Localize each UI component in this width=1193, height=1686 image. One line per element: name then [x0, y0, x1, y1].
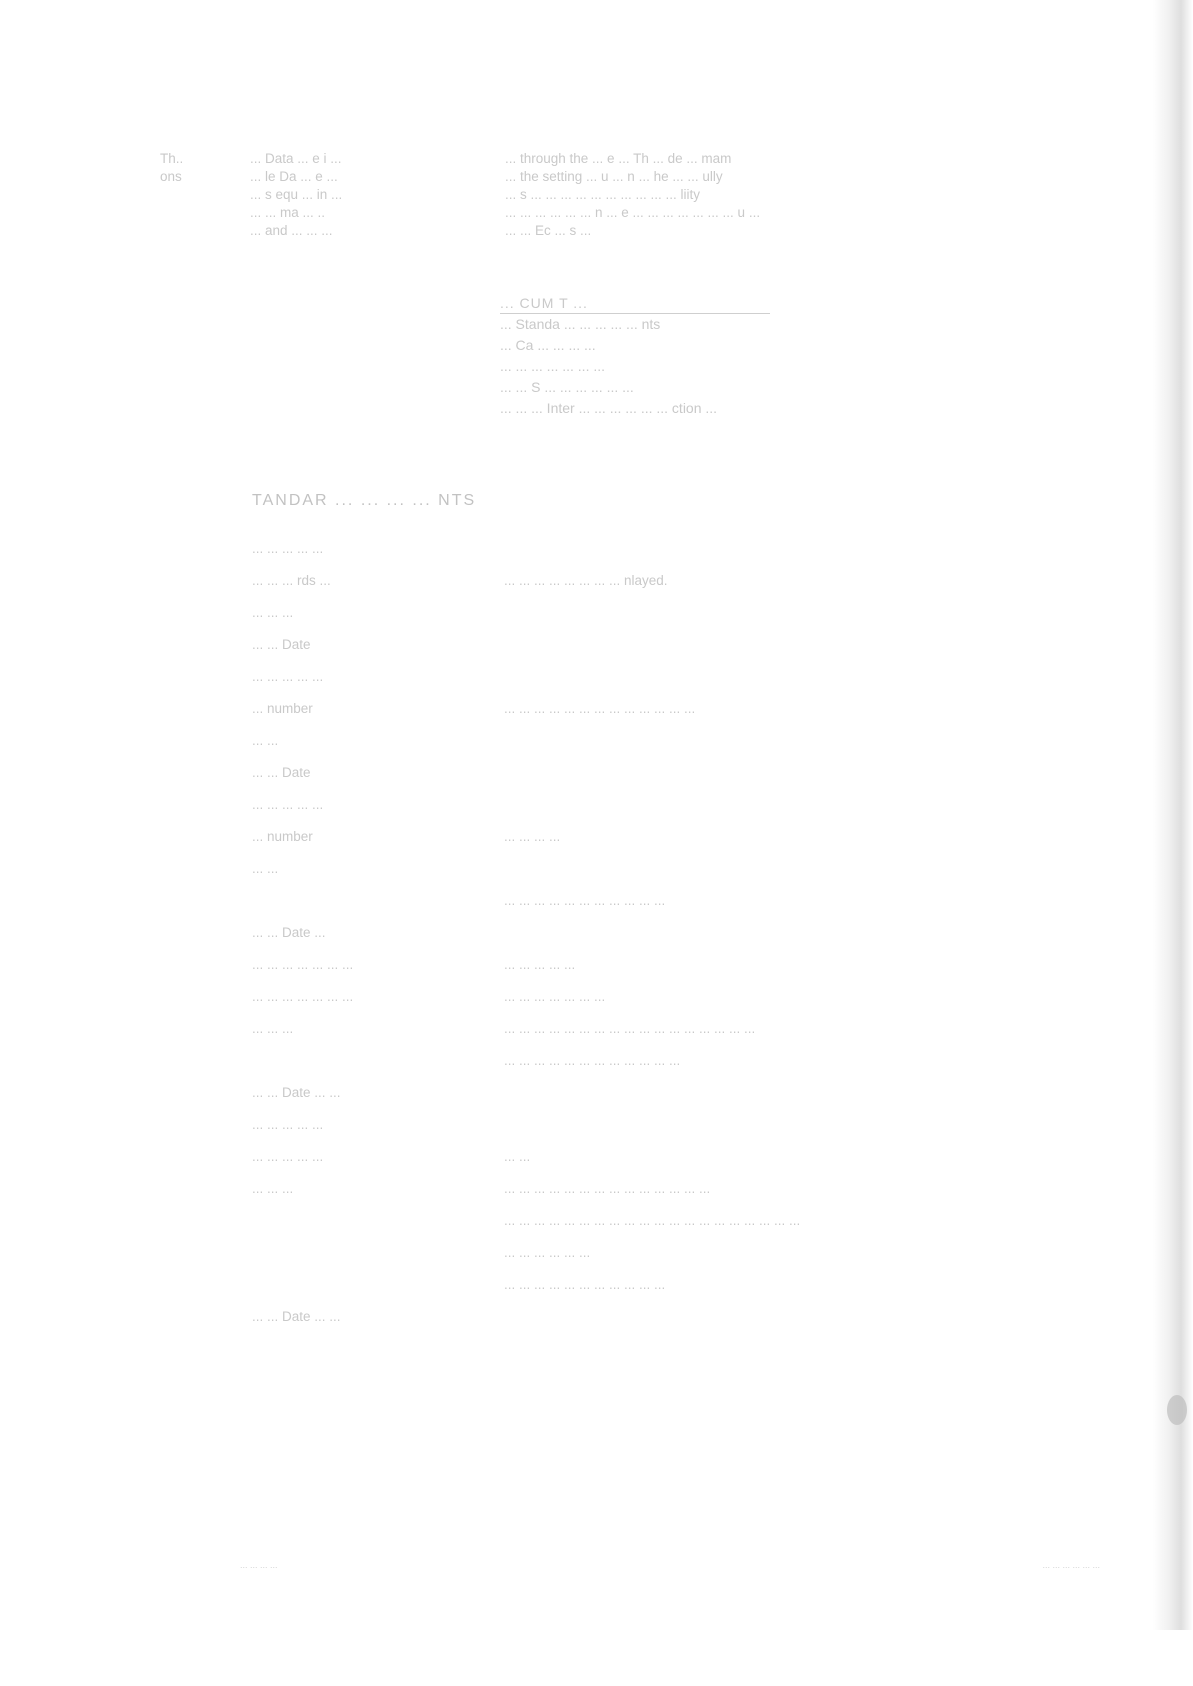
entry-row: ... ... ... ... ... ... ... ... ... ... … — [252, 1212, 1112, 1230]
entry-label: ... ... Date ... ... — [252, 1084, 504, 1102]
entry-label: ... ... ... ... ... — [252, 668, 504, 686]
entry-row: ... ... ... ... ... — [252, 796, 1112, 814]
toc-item: ... ... ... Inter ... ... ... ... ... ..… — [500, 398, 1100, 419]
entry-label — [252, 1052, 504, 1070]
footer-right: ... ... ... ... ... ... — [1042, 1560, 1100, 1570]
entry-text: ... ... ... ... ... ... ... ... ... ... … — [504, 1052, 1112, 1070]
entry-label: ... ... Date — [252, 764, 504, 782]
entry-text: ... ... ... ... ... ... — [504, 1244, 1112, 1262]
entry-text — [504, 1308, 1112, 1326]
entry-text: ... ... ... ... ... ... ... ... nlayed. — [504, 572, 1112, 590]
entry-row: ... ... ... ... ... ... ... ... ... ... … — [252, 892, 1112, 910]
entry-row: ... ... Date ... ... — [252, 1308, 1112, 1326]
entry-label: ... ... — [252, 860, 504, 878]
toc-item: ... ... ... ... ... ... ... — [500, 356, 1100, 377]
entry-label: ... ... ... ... ... — [252, 796, 504, 814]
entry-label: ... ... ... ... ... — [252, 1116, 504, 1134]
entry-text — [504, 604, 1112, 622]
entry-text: ... ... ... ... ... ... ... ... ... ... … — [504, 892, 1112, 910]
entry-row: ... ... Date ... — [252, 924, 1112, 942]
entry-text: ... ... ... ... ... ... ... ... ... ... … — [504, 1020, 1112, 1038]
entry-label: ... ... ... ... ... — [252, 1148, 504, 1166]
entry-row: ... ... ... — [252, 604, 1112, 622]
entry-label: ... ... — [252, 732, 504, 750]
entry-row: ... ... ... ... ... ... ... ... ... ... … — [252, 1276, 1112, 1294]
entry-row: ... ... — [252, 860, 1112, 878]
page-footer: ... ... ... ... ... ... ... ... ... ... — [240, 1560, 1100, 1570]
entry-text: ... ... ... ... ... ... ... ... ... ... … — [504, 1276, 1112, 1294]
entry-text: ... ... ... ... ... ... ... ... ... ... … — [504, 1212, 1112, 1230]
entry-label: ... ... ... rds ... — [252, 572, 504, 590]
intro-paragraph: Th..... Data ... e i ...... through the … — [160, 150, 1120, 240]
entry-label: ... ... Date — [252, 636, 504, 654]
entry-text — [504, 1084, 1112, 1102]
entry-text: ... ... — [504, 1148, 1112, 1166]
entry-text — [504, 668, 1112, 686]
entry-text — [504, 636, 1112, 654]
toc-heading: ... CUM T ... — [500, 295, 770, 314]
table-of-contents: ... CUM T ... ... Standa ... ... ... ...… — [500, 295, 1100, 419]
entry-text — [504, 764, 1112, 782]
entry-label: ... ... ... — [252, 1020, 504, 1038]
entry-row: ... ... — [252, 732, 1112, 750]
entry-label: ... ... ... ... ... ... ... — [252, 956, 504, 974]
entry-row: ... ... Date — [252, 636, 1112, 654]
entry-label — [252, 1276, 504, 1294]
entry-row: ... ... ... ... ... ... ... ... ... ... … — [252, 1052, 1112, 1070]
entry-row: ... ... ... ... ... — [252, 540, 1112, 558]
entry-row: ... ... ... rds ...... ... ... ... ... .… — [252, 572, 1112, 590]
section-heading: TANDAR ... ... ... ... NTS — [252, 492, 476, 510]
entry-text — [504, 540, 1112, 558]
entry-text: ... ... ... ... — [504, 828, 1112, 846]
standards-entries: ... ... ... ... ...... ... ... rds .....… — [252, 540, 1112, 1340]
entry-row: ... ... ... ... ... ... ...... ... ... .… — [252, 956, 1112, 974]
entry-text: ... ... ... ... ... ... ... ... ... ... … — [504, 700, 1112, 718]
entry-label: ... ... ... ... ... — [252, 540, 504, 558]
entry-text — [504, 924, 1112, 942]
entry-row: ... ... ...... ... ... ... ... ... ... .… — [252, 1020, 1112, 1038]
scan-edge-shadow — [1153, 0, 1193, 1630]
footer-left: ... ... ... ... — [240, 1560, 278, 1570]
entry-text: ... ... ... ... ... ... ... ... ... ... … — [504, 1180, 1112, 1198]
intro-row: ... ... ma ... ..... ... ... ... ... ...… — [160, 204, 1120, 222]
entry-label — [252, 1244, 504, 1262]
entry-row: ... ... Date — [252, 764, 1112, 782]
intro-row: ... s equ ... in ...... s ... ... ... ..… — [160, 186, 1120, 204]
entry-label: ... ... ... ... ... ... ... — [252, 988, 504, 1006]
entry-row: ... ... ... ... ...... ... — [252, 1148, 1112, 1166]
entry-row: ... ... ... ... ... ... — [252, 1244, 1112, 1262]
entry-text — [504, 860, 1112, 878]
entry-row: ... ... ... ... ... — [252, 1116, 1112, 1134]
entry-label: ... number — [252, 700, 504, 718]
entry-row: ... ... ... ... ... — [252, 668, 1112, 686]
toc-item: ... Ca ... ... ... ... — [500, 335, 1100, 356]
entry-label: ... ... ... — [252, 604, 504, 622]
entry-text: ... ... ... ... ... — [504, 956, 1112, 974]
toc-item: ... ... S ... ... ... ... ... ... — [500, 377, 1100, 398]
toc-item: ... Standa ... ... ... ... ... nts — [500, 314, 1100, 335]
entry-row: ... number... ... ... ... ... ... ... ..… — [252, 700, 1112, 718]
intro-row: ons... le Da ... e ...... the setting ..… — [160, 168, 1120, 186]
entry-text — [504, 1116, 1112, 1134]
entry-text — [504, 732, 1112, 750]
intro-row: ... and ... ... ...... ... Ec ... s ... — [160, 222, 1120, 240]
entry-label: ... ... Date ... ... — [252, 1308, 504, 1326]
scan-artifact — [1167, 1395, 1187, 1425]
entry-text — [504, 796, 1112, 814]
entry-label — [252, 892, 504, 910]
entry-label — [252, 1212, 504, 1230]
entry-label: ... ... ... — [252, 1180, 504, 1198]
intro-row: Th..... Data ... e i ...... through the … — [160, 150, 1120, 168]
entry-row: ... ... Date ... ... — [252, 1084, 1112, 1102]
entry-row: ... number... ... ... ... — [252, 828, 1112, 846]
entry-row: ... ... ...... ... ... ... ... ... ... .… — [252, 1180, 1112, 1198]
entry-text: ... ... ... ... ... ... ... — [504, 988, 1112, 1006]
entry-label: ... number — [252, 828, 504, 846]
entry-label: ... ... Date ... — [252, 924, 504, 942]
entry-row: ... ... ... ... ... ... ...... ... ... .… — [252, 988, 1112, 1006]
